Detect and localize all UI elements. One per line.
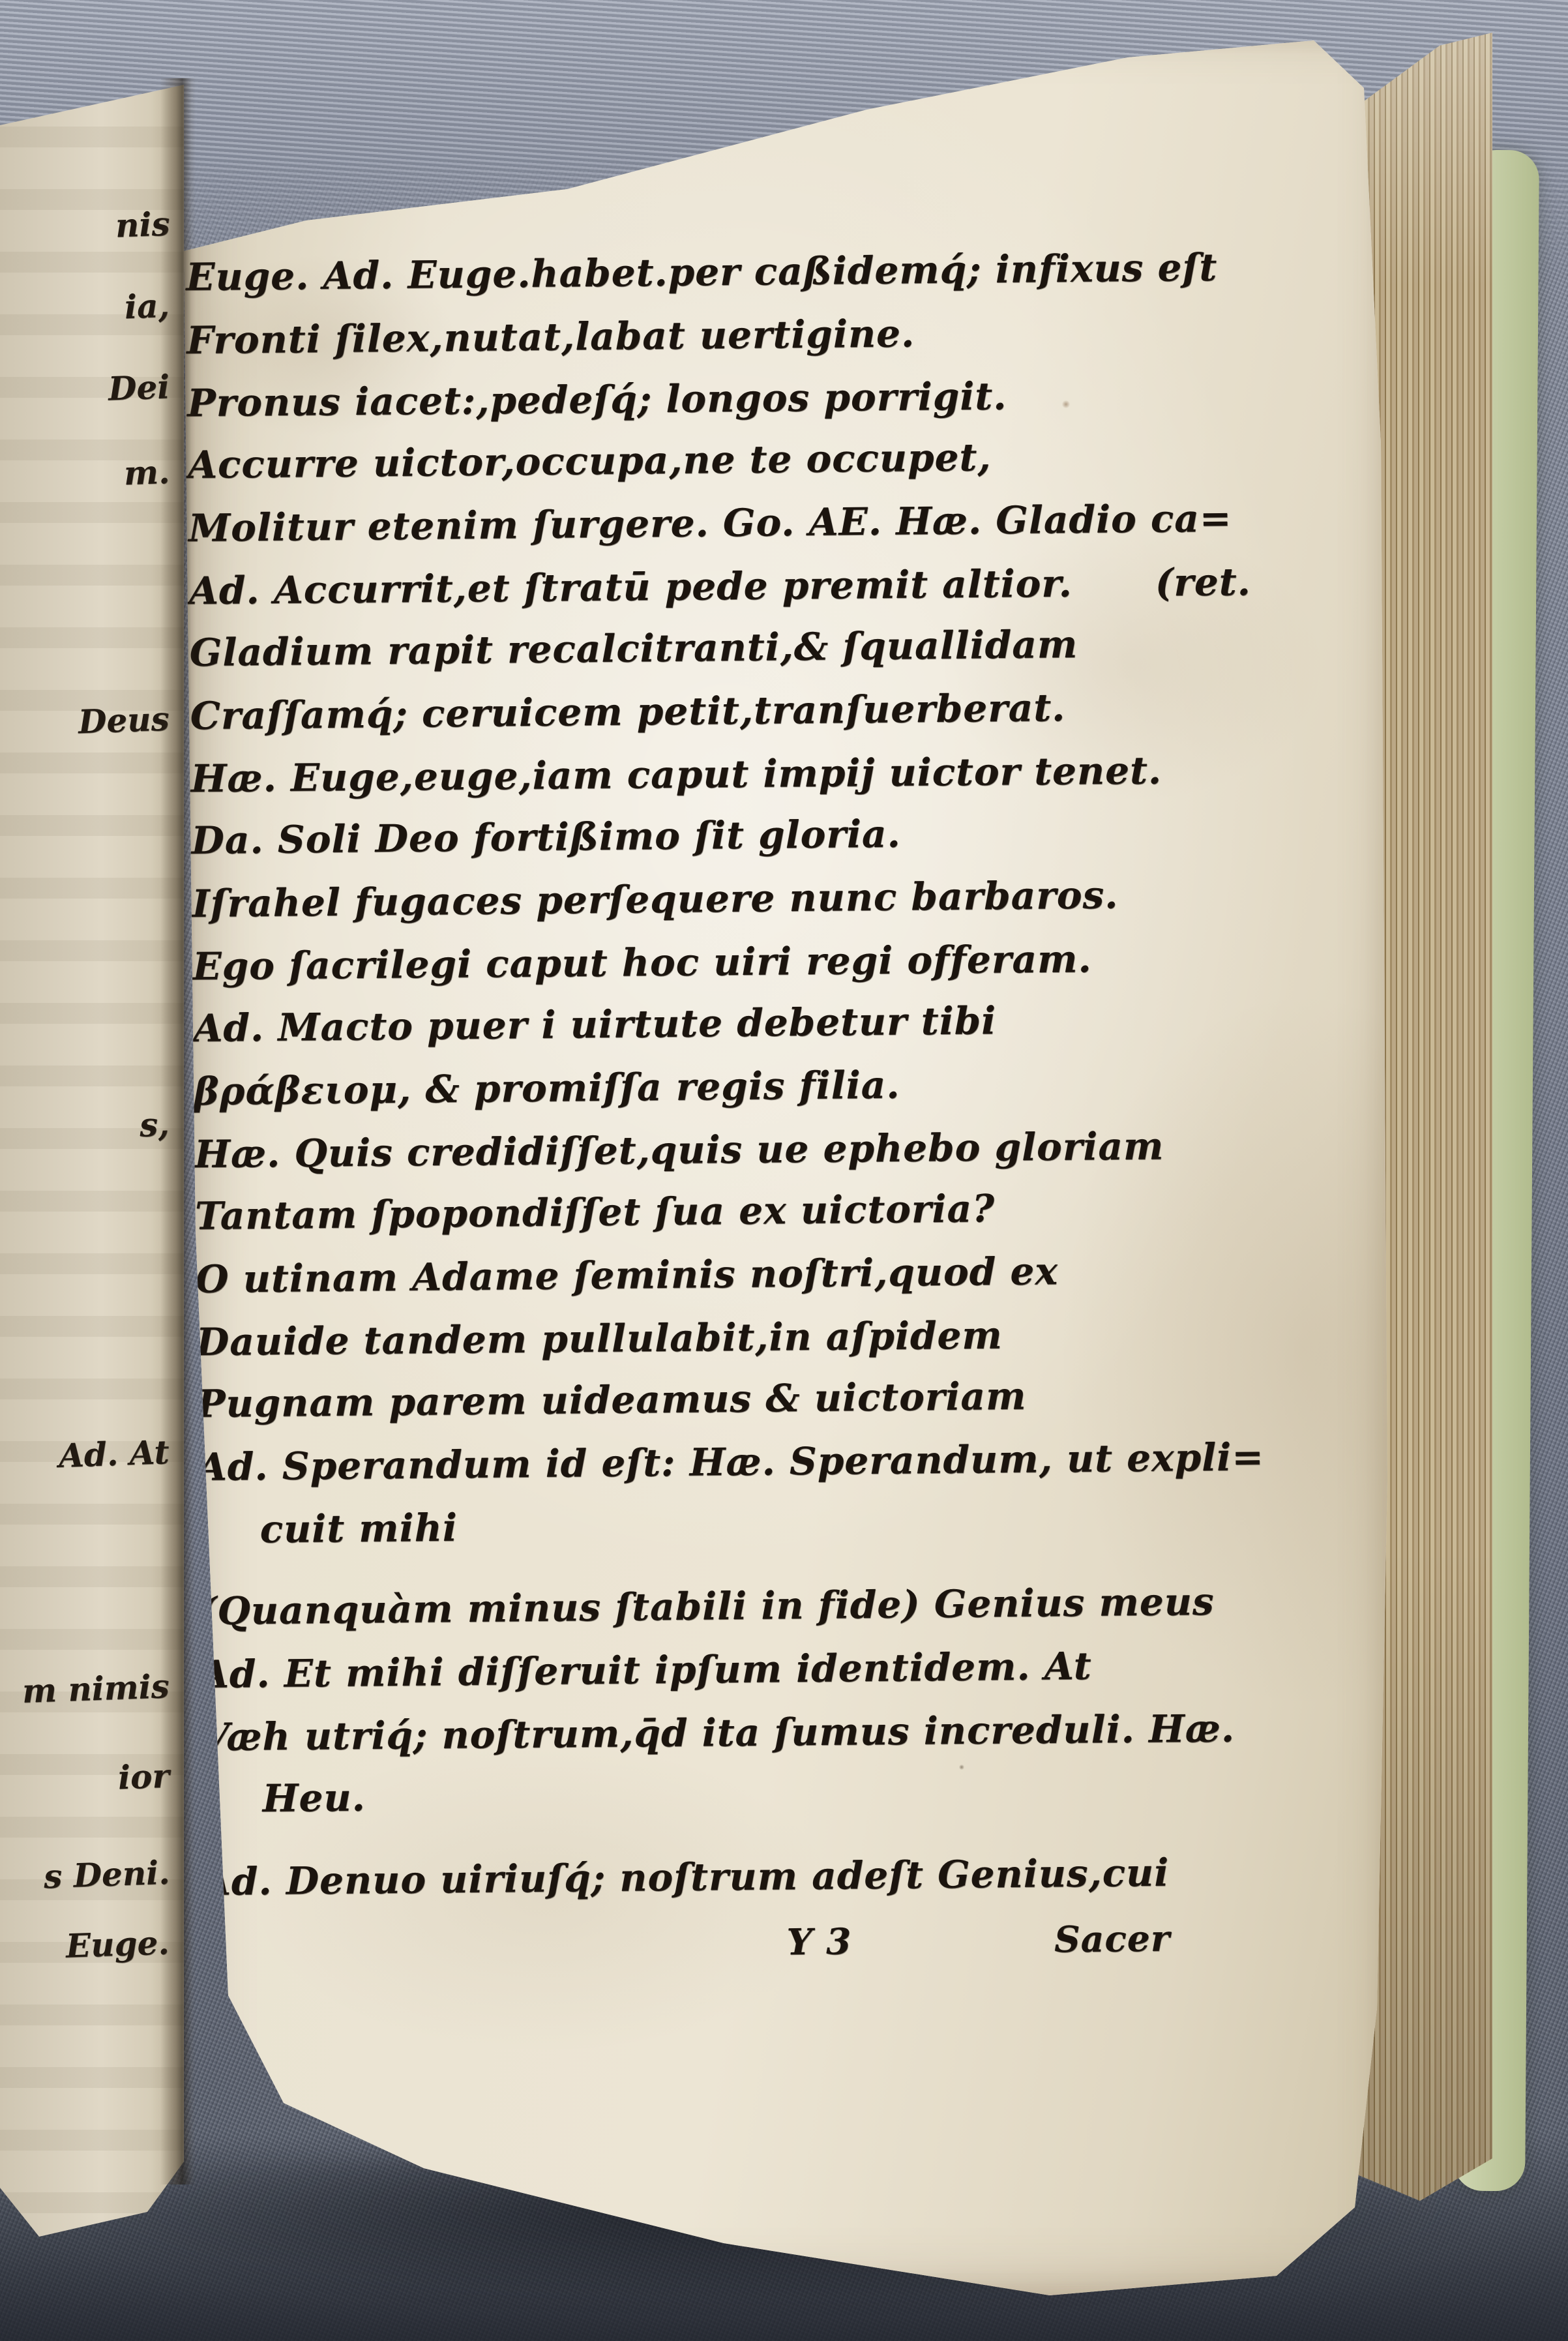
text-line: Pronus iacet:,pedeſq́; longos porrigit. <box>187 372 1179 443</box>
left-page-text-fragment: m. <box>123 453 170 492</box>
text-line: Ad. Macto puer i uirtute debetur tibi <box>193 996 1185 1069</box>
text-line: Dauide tandem pullulabit,in aſpidem <box>196 1311 1188 1382</box>
text-line: Iſrahel fugaces perſequere nunc barbaros… <box>192 872 1183 944</box>
text-line: Ego ſacrilegi caput hoc uiri regi offera… <box>192 936 1184 1007</box>
page-text-block: Euge. Ad. Euge.habet.per caßidemq́; infi… <box>186 246 1193 1988</box>
text-line: Væh utriq́; noſtrum,q̄d ita ſumus incred… <box>200 1707 1192 1778</box>
text-line: Da. Soli Deo fortißimo ſit gloria. <box>191 809 1183 881</box>
text-line: Ad. Accurrit,et ſtratū pede premit altio… <box>189 560 1181 631</box>
photo-of-open-book: nisia,Deim.Deuss,Ad. Atm nimisiors Deni.… <box>0 0 1568 2341</box>
text-line: βράβειομ, & promiſſa regis filia. <box>194 1060 1185 1132</box>
text-line: Hæ. Euge,euge,iam caput impij uictor ten… <box>190 748 1182 819</box>
text-line: Molitur etenim ſurgere. Go. AE. Hæ. Glad… <box>188 496 1180 569</box>
text-line: Craſſamq́; ceruicem petit,tranſuerberat. <box>190 684 1181 756</box>
left-page-text-fragment: Ad. At <box>58 1433 170 1475</box>
text-line: Heu. <box>200 1767 1192 1840</box>
catchword: Sacer <box>1054 1917 1170 1961</box>
left-page-text-fragment: s Deni. <box>43 1853 170 1896</box>
left-page-text-fragment: s, <box>139 1105 170 1144</box>
text-line: Ad. Denuo uiriuſq́; noſtrum adeſt Genius… <box>201 1850 1193 1922</box>
text-line: (Quanquàm minus ſtabili in fide) Genius … <box>199 1579 1191 1652</box>
left-page-text-fragment: Euge. <box>65 1923 170 1965</box>
text-line: Fronti ſilex,nutat,labat uertigine. <box>186 308 1178 381</box>
left-page-text-fragment: nis <box>114 205 170 245</box>
left-page-text-fragment: Deus <box>78 700 170 741</box>
signature-mark: Y 3 <box>786 1920 851 1963</box>
text-line: Gladium rapit recalcitranti,& ſquallidam <box>190 621 1181 693</box>
left-page-text-fragment: m nimis <box>22 1667 170 1710</box>
text-line: Pugnam parem uideamus & uictoriam <box>197 1372 1189 1444</box>
signature-row: Y 3 Sacer <box>202 1916 1194 1989</box>
text-line: Ad. Et mihi diſſeruit ipſum identidem. A… <box>200 1643 1191 1715</box>
text-line: Accurre uictor,occupa,ne te occupet, <box>188 433 1179 505</box>
text-line: O utinam Adame ſeminis noſtri,quod ex <box>196 1247 1187 1320</box>
left-page-text-fragment: ior <box>117 1757 170 1797</box>
left-page-text-fragment: ia, <box>124 286 170 326</box>
text-line: Euge. Ad. Euge.habet.per caßidemq́; infi… <box>186 245 1177 318</box>
left-page-edge: nisia,Deim.Deuss,Ad. Atm nimisiors Deni.… <box>0 85 184 2256</box>
main-page: Euge. Ad. Euge.habet.per caßidemq́; infi… <box>176 26 1402 2308</box>
verse-lines: Euge. Ad. Euge.habet.per caßidemq́; infi… <box>186 246 1192 1922</box>
text-line: Ad. Sperandum id eſt: Hæ. Sperandum, ut … <box>198 1435 1189 1508</box>
text-line: Hæ. Quis credidiſſet,quis ue ephebo glor… <box>194 1124 1186 1195</box>
left-page-text-fragment: Dei <box>108 367 170 408</box>
text-line: Tantam ſpopondiſſet ſua ex uictoria? <box>195 1184 1187 1257</box>
text-line: cuit mihi <box>198 1499 1189 1570</box>
